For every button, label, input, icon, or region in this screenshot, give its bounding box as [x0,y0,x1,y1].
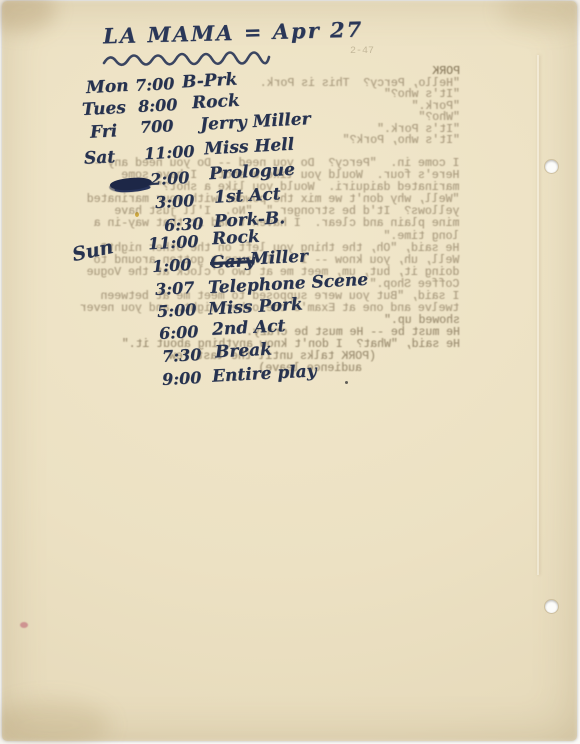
schedule-time: 3:07 [155,278,195,299]
schedule-event: Miller [250,246,309,269]
schedule-event: 2nd Act [212,316,286,340]
schedule-event: Break [215,340,273,363]
underline-squiggle [101,50,273,70]
paper-crease [537,55,539,575]
schedule-event: 1st Act [214,184,282,207]
schedule-time: 7:00 [135,74,175,95]
schedule-time: 5:00 [157,300,197,321]
strikethrough-word: Gary [210,251,255,273]
punch-hole-top [545,160,558,173]
schedule-time: 700 [140,116,174,137]
schedule-time: 6:00 [159,322,199,343]
schedule-event: Rock [192,91,241,113]
schedule-time: 2:00 [150,168,190,189]
schedule-day: Sat [83,147,115,169]
schedule-time: 7:30 [162,345,202,366]
ghost-line: long time." [87,231,460,243]
schedule-time: 11:00 [144,142,195,164]
punch-hole-bottom [545,600,558,613]
schedule-event: B-Prk [182,70,238,93]
pink-speck [20,622,28,628]
ghost-line: "It's who?" [260,89,460,101]
schedule-time: 11:00 [148,232,199,254]
schedule-time: 1:00 [152,255,192,276]
schedule-time: 8:00 [138,95,178,116]
ghost-line: PORK [260,66,460,78]
faint-page-mark: 2-47 [350,46,374,57]
schedule-day: Fri [89,121,117,142]
schedule-time: 9:00 [162,368,202,389]
schedule-time: 3:00 [155,191,195,212]
scanned-document: 2-47 PORK "Hello, Percy? This is Pork. "… [0,0,580,744]
schedule-day: Tues [82,98,127,120]
schedule-event: Rock [212,227,261,249]
ink-speck [345,381,348,384]
schedule-day: Mon [86,76,130,98]
